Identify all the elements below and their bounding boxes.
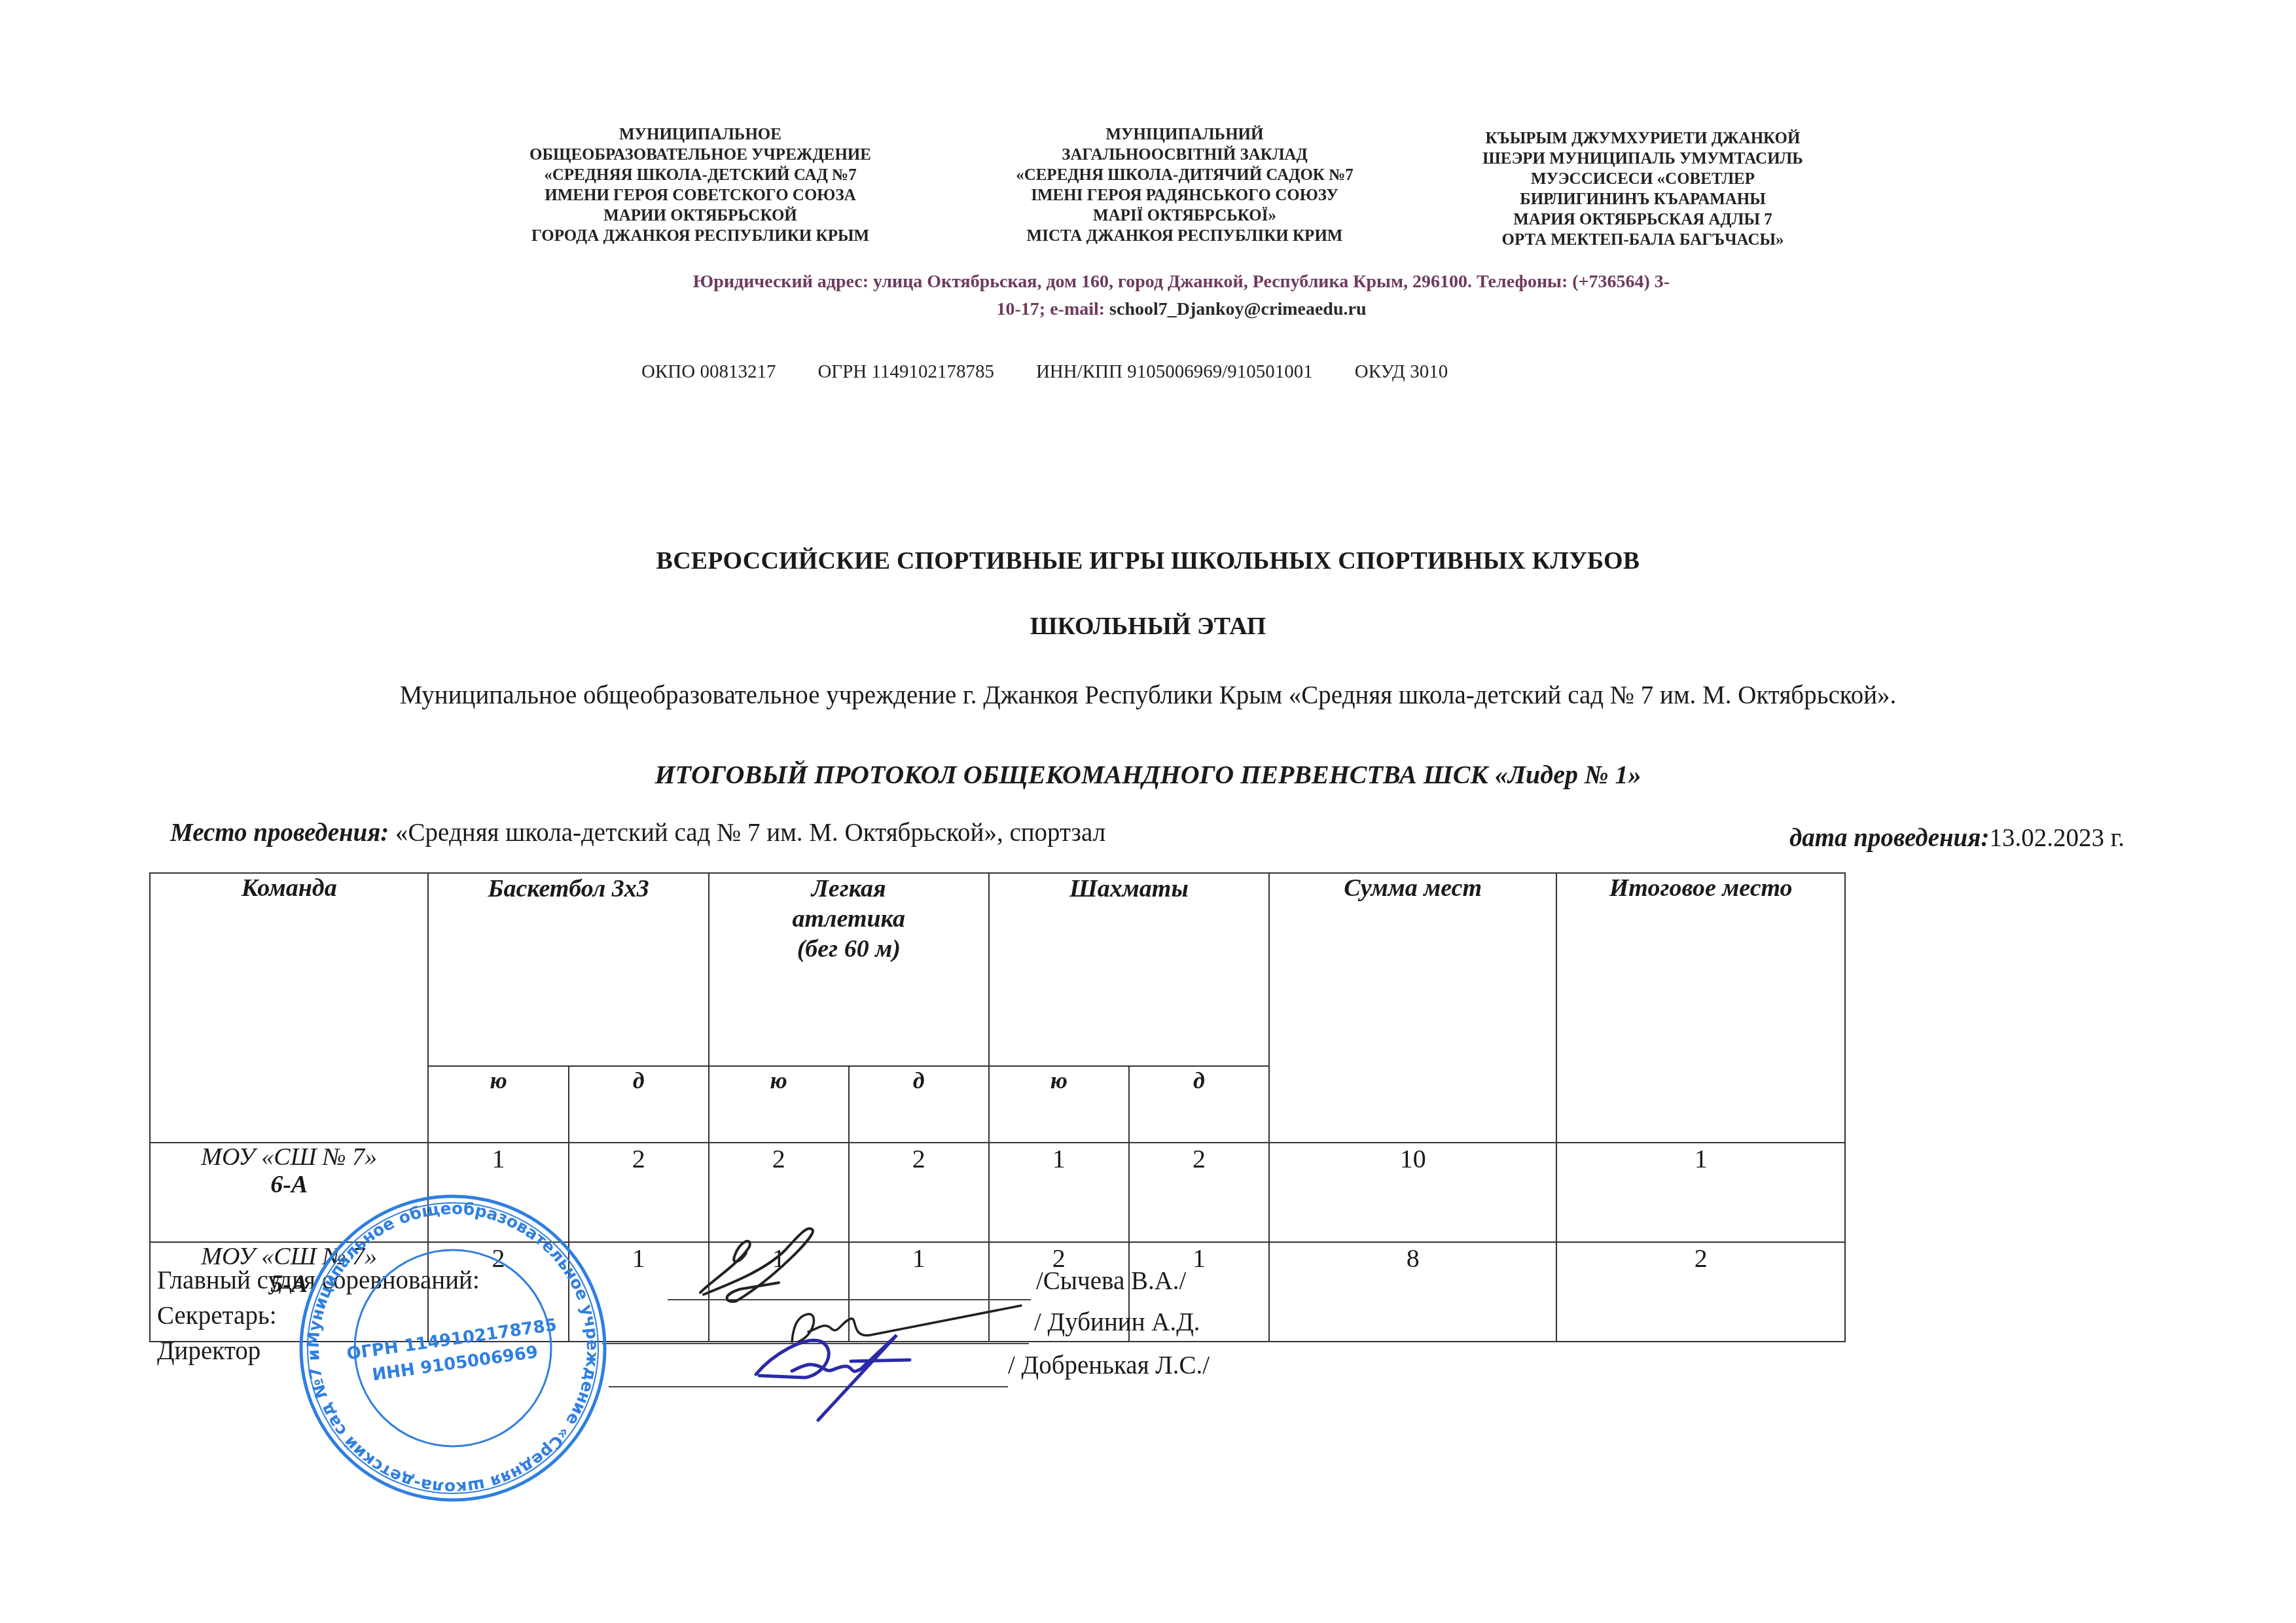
header-sum: Сумма мест [1269,873,1556,1143]
venue-label: Место проведения: [170,819,389,847]
protocol-title: ИТОГОВЫЙ ПРОТОКОЛ ОБЩЕКОМАНДНОГО ПЕРВЕНС… [0,759,2296,790]
organization-name: Муниципальное общеобразовательное учрежд… [0,681,2296,710]
date-value: 13.02.2023 г. [1989,824,2125,852]
subheader-boys: ю [989,1066,1129,1143]
subheader-boys: ю [709,1066,849,1143]
chief-judge-signature-icon [674,1217,825,1309]
sum-of-places: 8 [1269,1242,1556,1342]
athletics-girls-place: 2 [849,1143,989,1242]
header-team: Команда [150,873,428,1143]
event-date: дата проведения:13.02.2023 г. [1789,823,2125,853]
legal-address: Юридический адрес: улица Октябрьская, до… [511,268,1852,323]
role-label: Директор [157,1337,260,1365]
chess-girls-place: 2 [1129,1143,1269,1242]
final-place: 2 [1556,1242,1845,1342]
subheader-girls: д [569,1066,709,1143]
okud-code: ОКУД 3010 [1355,361,1448,383]
document-title: ВСЕРОССИЙСКИЕ СПОРТИВНЫЕ ИГРЫ ШКОЛЬНЫХ С… [0,546,2296,575]
header-final-place: Итоговое место [1556,873,1845,1143]
letterhead-russian: МУНИЦИПАЛЬНОЕ ОБЩЕОБРАЗОВАТЕЛЬНОЕ УЧРЕЖД… [517,124,884,246]
header-chess: Шахматы [989,873,1269,1066]
role-label: Секретарь: [157,1302,277,1330]
final-place: 1 [1556,1143,1845,1242]
okpo-code: ОКПО 00813217 [641,361,776,383]
chief-judge-name: /Сычева В.А./ [1036,1266,1186,1296]
date-label: дата проведения: [1789,824,1990,852]
venue: Место проведения: «Средняя школа-детский… [170,818,1105,847]
stage-title: ШКОЛЬНЫЙ ЭТАП [0,612,2296,641]
venue-value: «Средняя школа-детский сад № 7 им. М. Ок… [389,819,1105,847]
director-name: / Добренькая Л.С./ [1008,1351,1210,1380]
letterhead-ukrainian: МУНІЦИПАЛЬНИЙ ЗАГАЛЬНООСВІТНІЙ ЗАКЛАД «С… [982,124,1388,246]
email-link[interactable]: school7_Djankoy@crimeaedu.ru [1109,299,1366,319]
registration-codes: ОКПО 00813217 ОГРН 1149102178785 ИНН/КПП… [641,361,1448,383]
ogrn-code: ОГРН 1149102178785 [817,361,994,383]
secretary-name: / Дубинин А.Д. [1034,1308,1200,1337]
subheader-girls: д [1129,1066,1269,1143]
director-signature-icon [746,1329,942,1427]
header-athletics: Легкая атлетика (бег 60 м) [709,873,989,1066]
official-stamp-icon: Муниципальное общеобразовательное учрежд… [296,1191,610,1505]
subheader-boys: ю [428,1066,568,1143]
sum-of-places: 10 [1269,1143,1556,1242]
letterhead-crimean-tatar: КЪЫРЫМ ДЖУМХУРИЕТИ ДЖАНКОЙ ШЕЭРИ МУНИЦИП… [1440,128,1846,250]
inn-kpp-code: ИНН/КПП 9105006969/910501001 [1036,361,1313,383]
subheader-girls: д [849,1066,989,1143]
header-basketball: Баскетбол 3х3 [428,873,708,1066]
chess-boys-place: 1 [989,1143,1129,1242]
